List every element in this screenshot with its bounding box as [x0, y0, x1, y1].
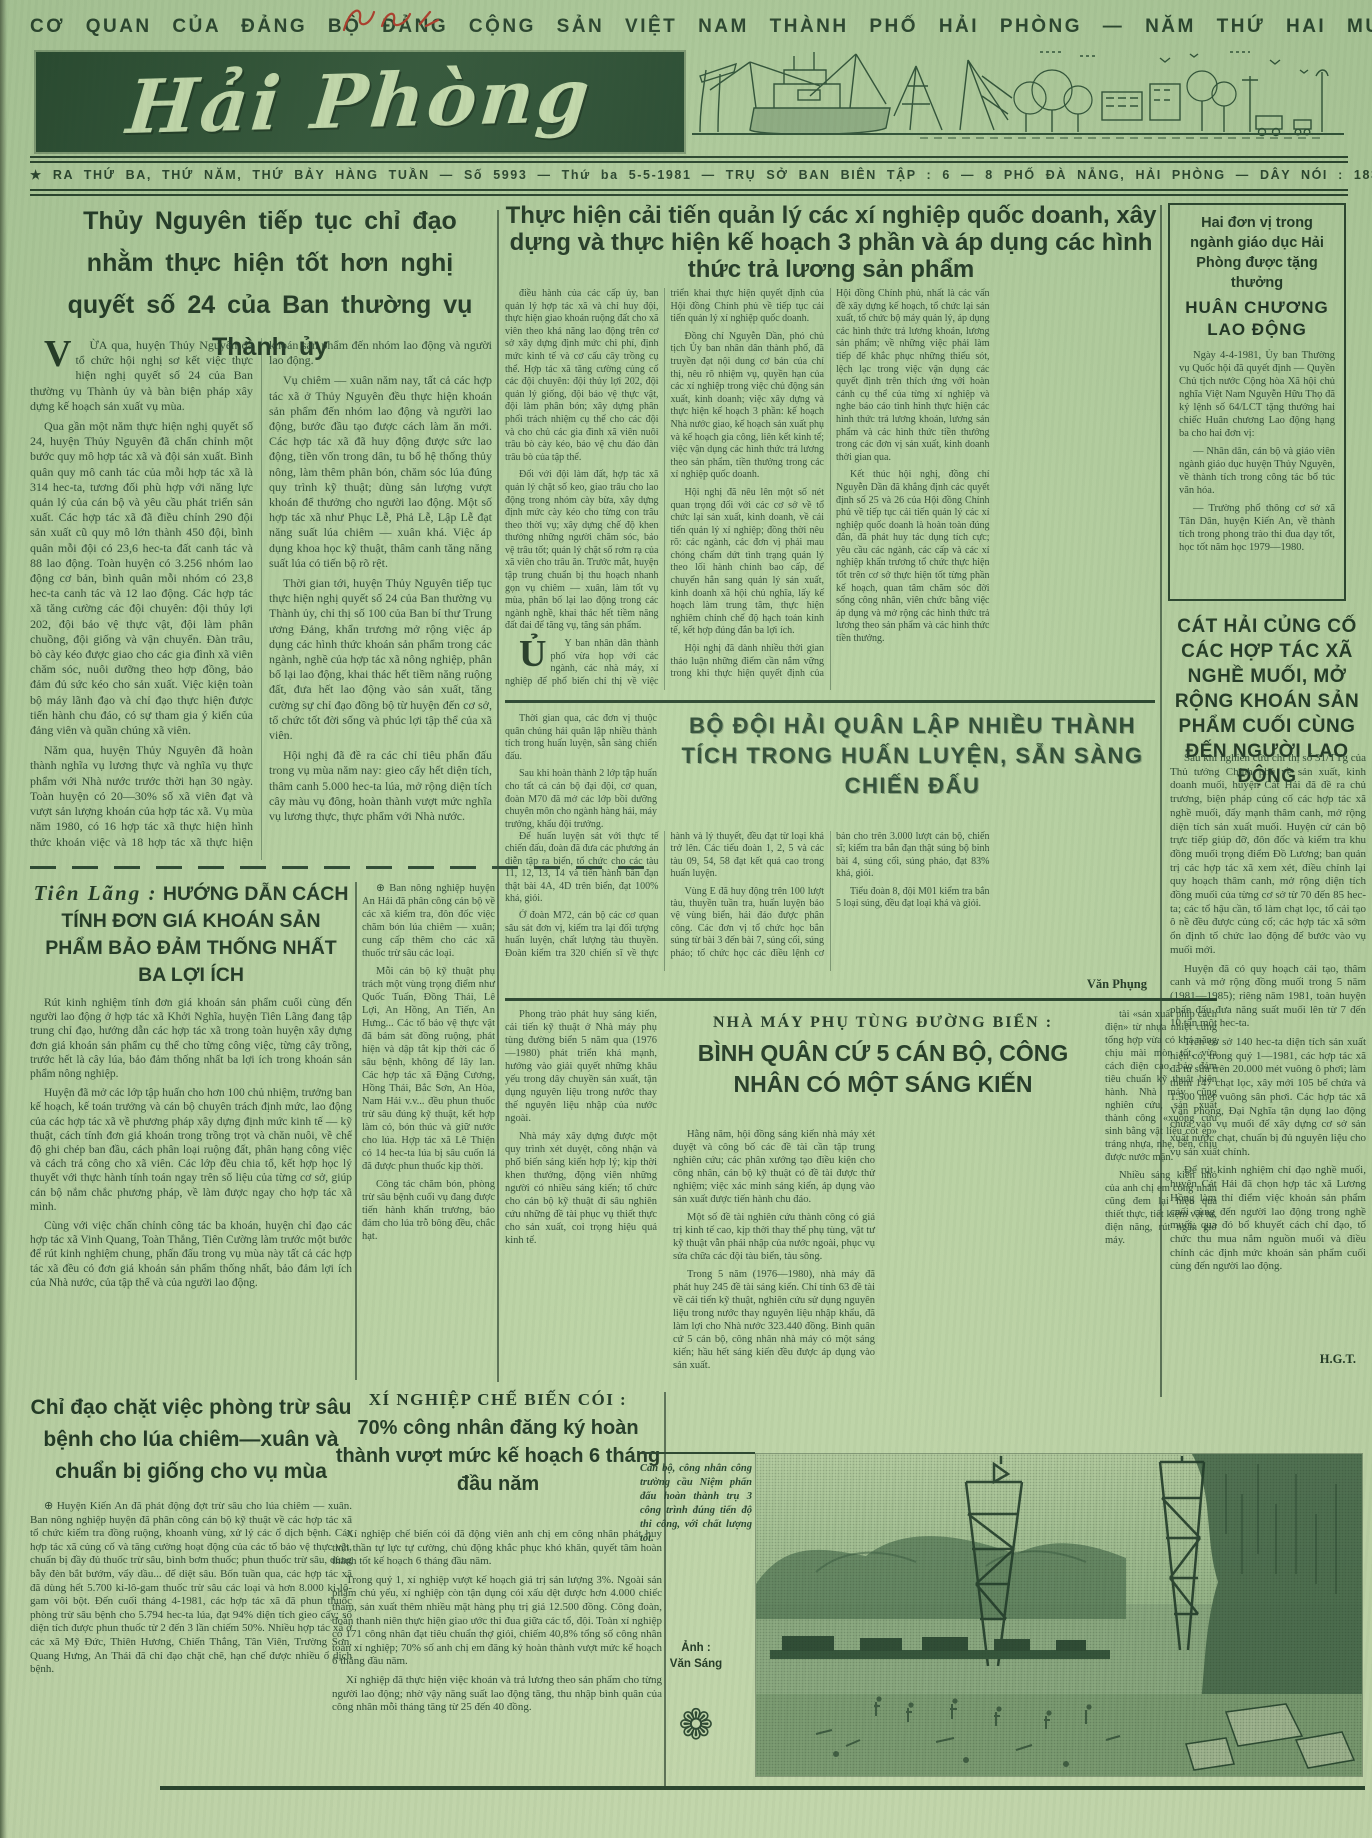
huan-chuong-box: Hai đơn vị trong ngành giáo dục Hải Phòn… [1168, 203, 1346, 601]
nha-may-right-column: tài «sản xuất phíp cách điện» từ nhựa nh… [1105, 1008, 1217, 1396]
coi-heading: XÍ NGHIỆP CHẾ BIẾN CÓI : 70% công nhân đ… [332, 1388, 664, 1498]
bridge-construction-image [756, 1454, 1362, 1776]
photo-credit: Ảnh : Văn Sáng [640, 1640, 752, 1672]
hai-quan-signature: Văn Phụng [1087, 977, 1147, 992]
caption-rule [640, 1452, 755, 1454]
cai-tien-columns: điều hành của các cấp ủy, ban quản lý hợ… [505, 288, 1155, 690]
nha-may-lead-column: Phong trào phát huy sáng kiến, cải tiến … [505, 1008, 657, 1396]
nha-may-kicker: NHÀ MÁY PHỤ TÙNG ĐƯỜNG BIỂN : [673, 1012, 1093, 1034]
column-divider [497, 210, 499, 1382]
red-scribble-icon [336, 0, 456, 40]
hai-quan-columns: Để huấn luyện sát với thực tế chiến đấu,… [505, 831, 1155, 971]
coi-kicker: XÍ NGHIỆP CHẾ BIẾN CÓI : [332, 1388, 664, 1412]
thuy-nguyen-body: VỪA qua, huyện Thủy Nguyên đã tổ chức hộ… [30, 338, 492, 860]
port-illustration [690, 46, 1346, 154]
huan-chuong-body: Ngày 4-4-1981, Ủy ban Thường vụ Quốc hội… [1179, 349, 1335, 554]
chi-dao-body: ⊕ Huyện Kiến An đã phát động đợt trừ sâu… [30, 1500, 352, 1792]
nha-may-columns: Hằng năm, hội đồng sáng kiến nhà máy xét… [673, 1128, 1093, 1396]
hai-quan-lead: Thời gian qua, các đơn vị thuộc quân chủ… [505, 713, 657, 825]
newspaper-page: CƠ QUAN CỦA ĐẢNG BỘ ĐẢNG CỘNG SẢN VIỆT N… [0, 0, 1372, 1838]
photo-caption: Cán bộ, công nhân công trường cầu Niệm p… [640, 1462, 752, 1546]
hai-quan-article: Thời gian qua, các đơn vị thuộc quân chủ… [505, 700, 1155, 998]
construction-photo [756, 1454, 1362, 1776]
cai-tien-body: điều hành của các cấp ủy, ban quản lý hợ… [505, 288, 1155, 690]
huan-chuong-kicker: Hai đơn vị trong ngành giáo dục Hải Phòn… [1179, 213, 1335, 293]
tien-lang-body: Rút kinh nghiệm tính đơn giá khoán sản p… [30, 996, 352, 1382]
masthead-rule-top [30, 156, 1348, 163]
cai-tien-headline: Thực hiện cải tiến quản lý các xí nghiệp… [505, 202, 1157, 283]
nha-may-body: Hằng năm, hội đồng sáng kiến nhà máy xét… [673, 1128, 1093, 1396]
tien-lang-kicker: Tiên Lãng : [34, 881, 158, 905]
masthead-rule-bottom [30, 189, 1348, 196]
page-bottom-rule [160, 1786, 1365, 1790]
coi-headline: 70% công nhân đăng ký hoàn thành vượt mứ… [332, 1414, 664, 1498]
page-edge-shadow [0, 0, 7, 1838]
nha-may-article: Phong trào phát huy sáng kiến, cải tiến … [505, 998, 1217, 1400]
red-pen-annotation [336, 0, 456, 40]
column-divider [355, 882, 357, 1380]
photo-credit-name: Văn Sáng [640, 1656, 752, 1672]
chi-dao-headline: Chỉ đạo chặt việc phòng trừ sâu bệnh cho… [30, 1392, 352, 1488]
nha-may-heading: NHÀ MÁY PHỤ TÙNG ĐƯỜNG BIỂN : BÌNH QUÂN … [673, 1012, 1093, 1100]
dateline: ★ RA THỨ BA, THỨ NĂM, THỨ BẢY HÀNG TUẦN … [30, 165, 1348, 185]
thuy-nguyen-columns: VỪA qua, huyện Thủy Nguyên đã tổ chức hộ… [30, 338, 492, 860]
flower-ornament-icon: ❁ [648, 1700, 744, 1750]
nha-may-headline: BÌNH QUÂN CỨ 5 CÁN BỘ, CÔNG NHÂN CÓ MỘT … [673, 1038, 1093, 1100]
masthead-title: Hải Phòng [124, 59, 596, 145]
an-hai-briefs: ⊕ Ban nông nghiệp huyện An Hải đã phân c… [362, 882, 495, 1382]
photo-credit-label: Ảnh : [640, 1640, 752, 1656]
tien-lang-headline: Tiên Lãng : HƯỚNG DẪN CÁCH TÍNH ĐƠN GIÁ … [30, 880, 352, 989]
huan-chuong-title: HUÂN CHƯƠNG LAO ĐỘNG [1179, 297, 1335, 341]
coi-body: Xí nghiệp chế biến cói đã động viên anh … [332, 1528, 662, 1792]
masthead-tagline: CƠ QUAN CỦA ĐẢNG BỘ ĐẢNG CỘNG SẢN VIỆT N… [30, 14, 1345, 40]
masthead-logo-box: Hải Phòng [36, 52, 684, 152]
hai-quan-body: Để huấn luyện sát với thực tế chiến đấu,… [505, 831, 1155, 971]
harbor-drawing-icon [690, 46, 1346, 154]
hai-quan-headline: BỘ ĐỘI HẢI QUÂN LẬP NHIỀU THÀNH TÍCH TRO… [670, 711, 1155, 801]
